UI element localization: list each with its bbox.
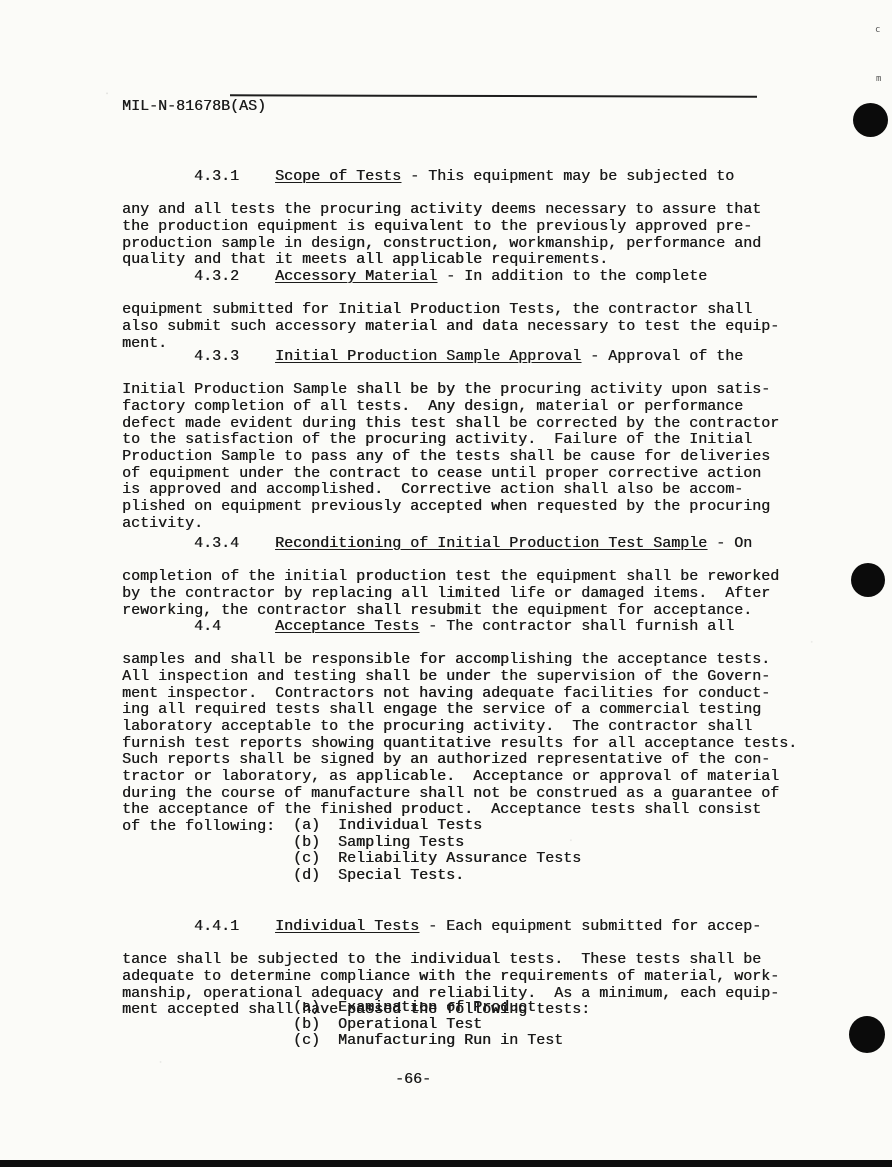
section-number: 4.3.2	[158, 268, 275, 285]
scan-artifact-mark: c	[875, 25, 880, 35]
section-heading: Scope of Tests	[275, 168, 401, 185]
section-heading: Reconditioning of Initial Production Tes…	[275, 535, 707, 552]
section-first-line: - This equipment may be subjected to	[401, 168, 734, 185]
section-first-line: - Each equipment submitted for accep-	[419, 918, 761, 935]
section-heading: Initial Production Sample Approval	[275, 348, 581, 365]
section-first-line: - Approval of the	[581, 348, 743, 365]
section-number: 4.3.4	[158, 535, 275, 552]
bottom-scan-bar	[0, 1160, 892, 1167]
section-heading: Accessory Material	[275, 268, 437, 285]
acceptance-tests-list: (a) Individual Tests (b) Sampling Tests …	[122, 818, 581, 885]
section-number: 4.4	[158, 618, 275, 635]
section-number: 4.3.3	[158, 348, 275, 365]
section-heading: Individual Tests	[275, 918, 419, 935]
footer-page-number: -66-	[395, 1072, 431, 1089]
doc-number: MIL-N-81678B(AS)	[122, 99, 266, 116]
section-first-line: - The contractor shall furnish all	[419, 618, 734, 635]
header-rule	[230, 94, 757, 97]
hole-punch-dot	[849, 1016, 885, 1053]
section-first-line: - On	[707, 535, 752, 552]
individual-tests-list: (a) Examination of Product (b) Operation…	[122, 1000, 563, 1050]
section-first-line: - In addition to the complete	[437, 268, 707, 285]
scanned-document-page: MIL-N-81678B(AS) c m 4.3.1 Scope of Test…	[0, 0, 892, 1167]
section-number: 4.4.1	[158, 918, 275, 935]
section-body: Initial Production Sample shall be by th…	[122, 382, 779, 532]
section-heading: Acceptance Tests	[275, 618, 419, 635]
hole-punch-dot	[851, 563, 885, 597]
scan-artifact-mark: m	[876, 74, 881, 84]
hole-punch-dot	[853, 103, 888, 137]
section-number: 4.3.1	[158, 168, 275, 185]
section-body: samples and shall be responsible for acc…	[122, 652, 797, 836]
